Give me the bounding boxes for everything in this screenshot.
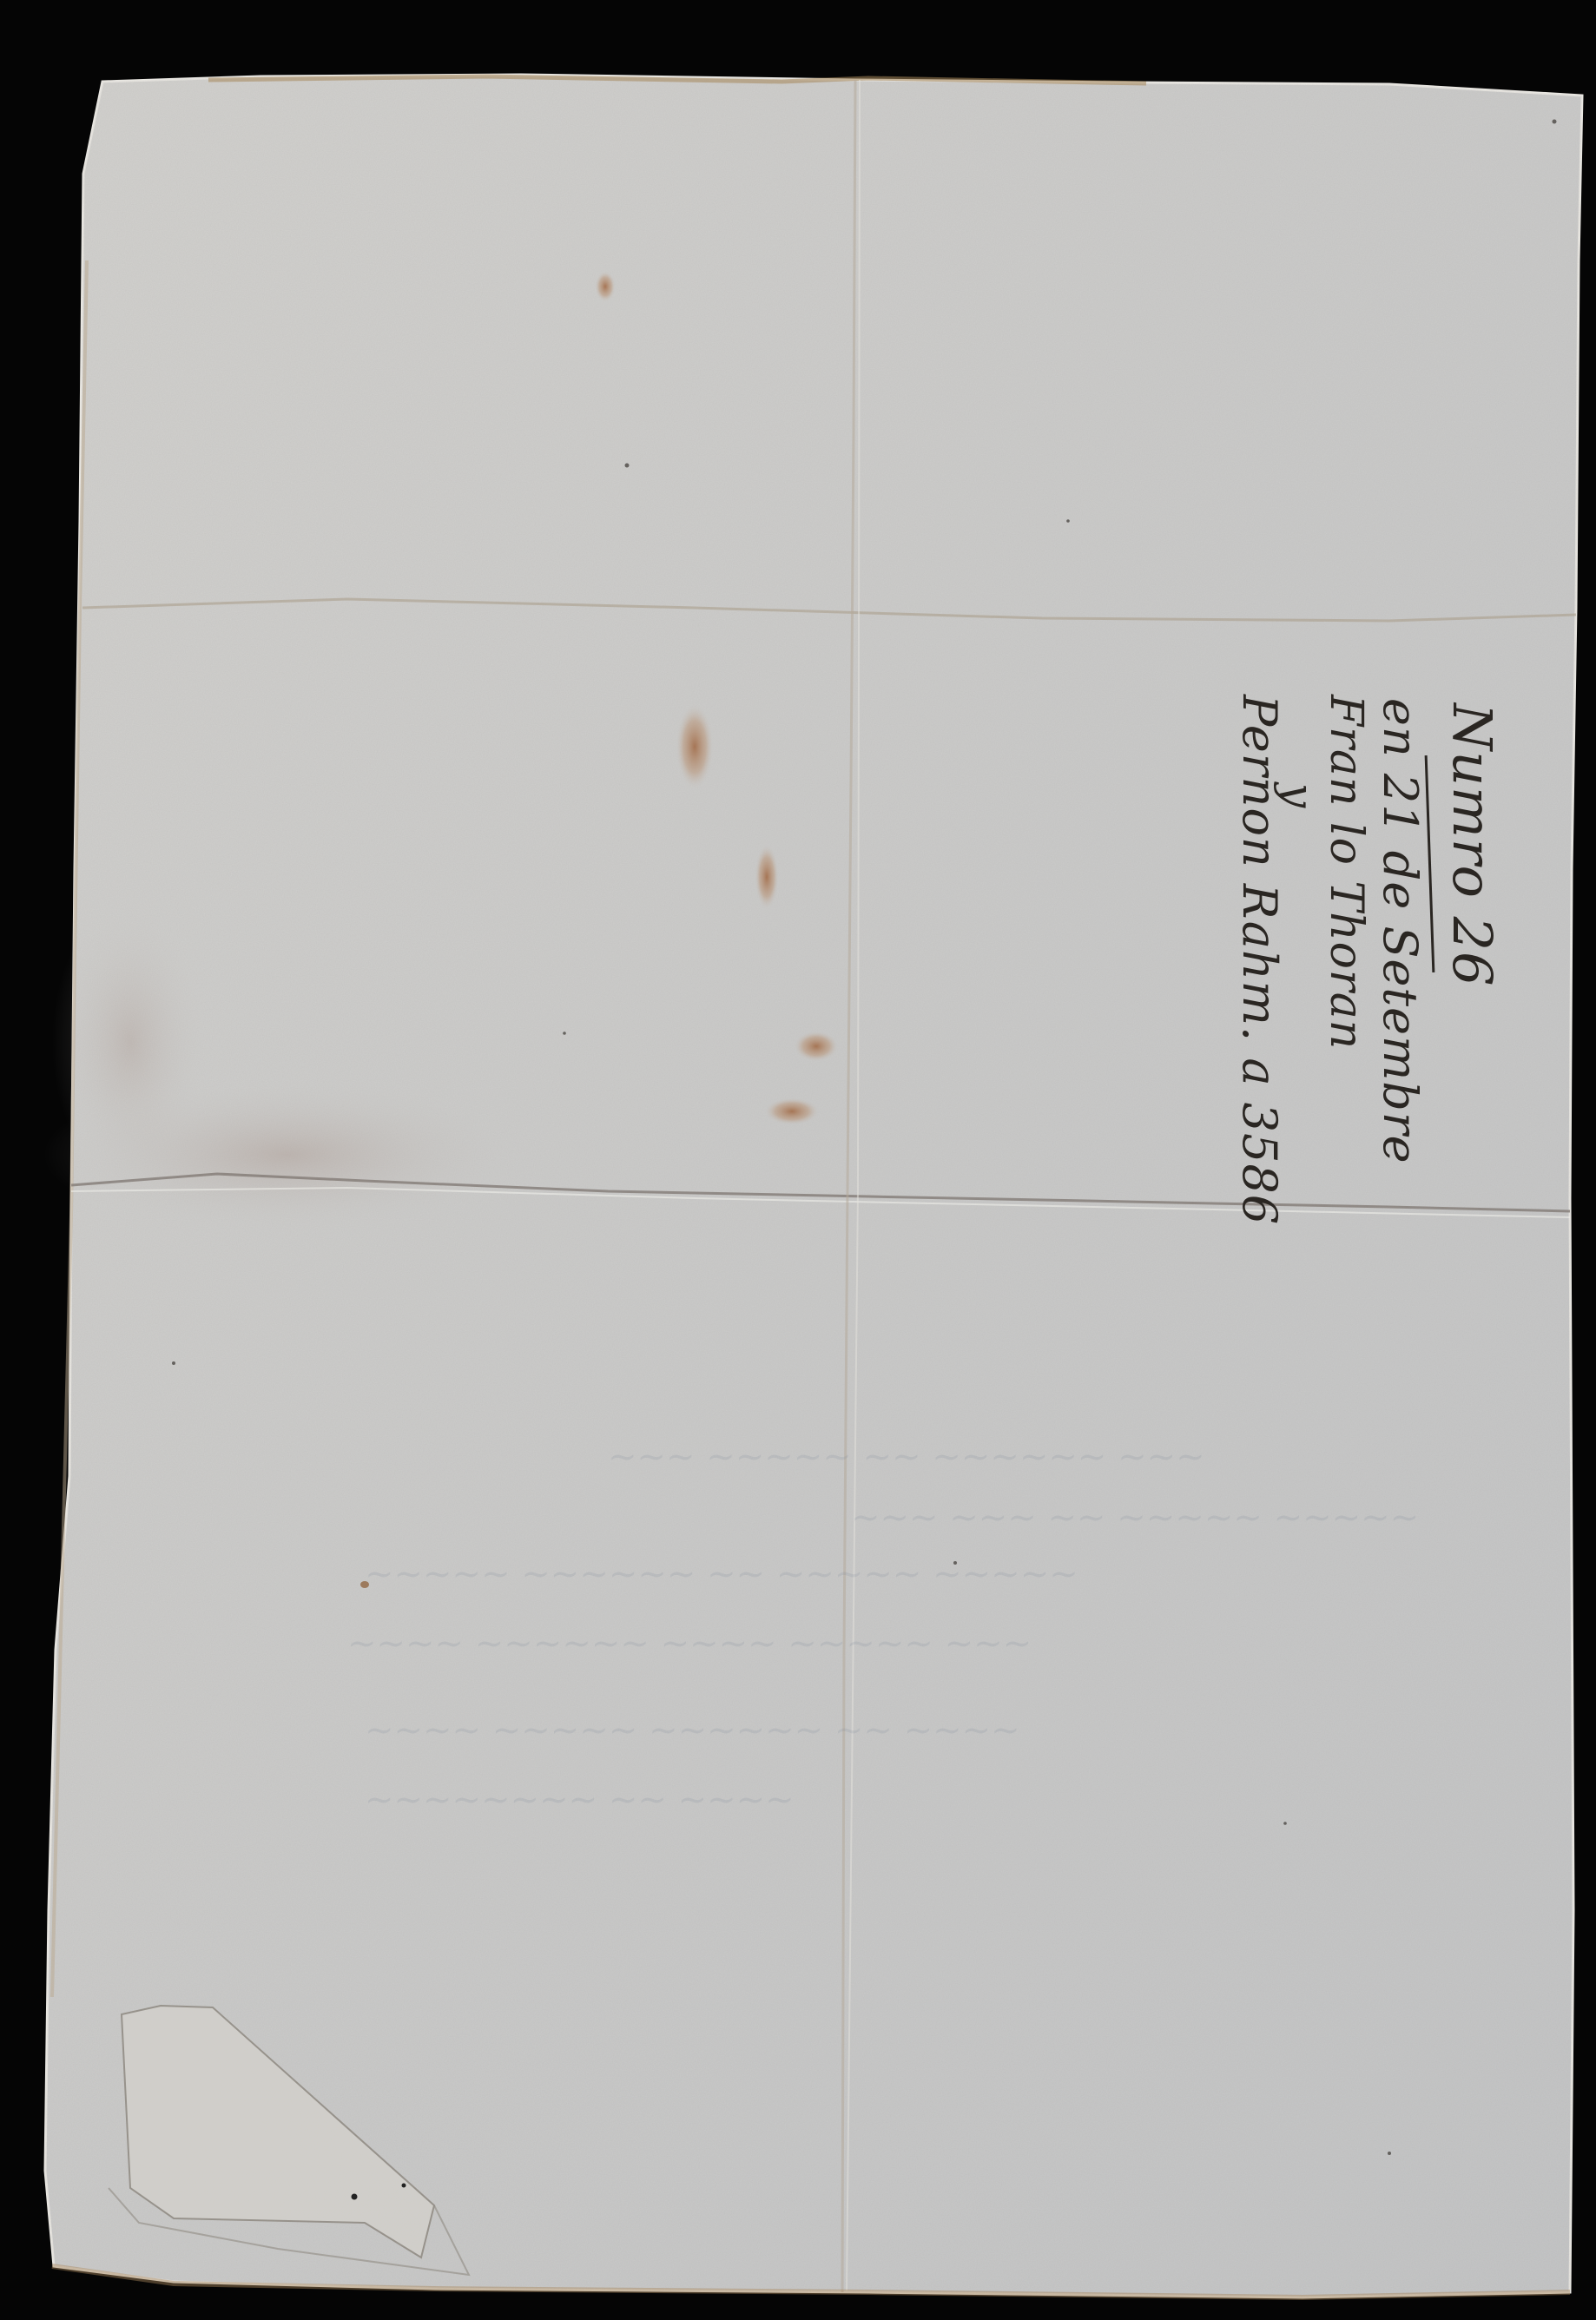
bleed-through-line: ~~~ ~~~ ~~ ~~~~~ ~~~~~ <box>851 1498 1419 1538</box>
rust-stain <box>676 703 714 790</box>
rust-stain <box>595 271 616 302</box>
rust-stain <box>755 844 779 910</box>
rust-stain <box>764 1097 820 1125</box>
manuscript-page: ~~~ ~~~~~ ~~ ~~~~~~ ~~~ ~~~ ~~~ ~~ ~~~~~… <box>0 0 1596 2320</box>
bleed-through-line: ~~~~~ ~~~~~~ ~~ ~~~~~ ~~~~~ <box>365 1554 1078 1594</box>
handwritten-docket: Numro 26 en 21 de Setembre Fran lo Thora… <box>1209 688 1573 1174</box>
rust-stain <box>794 1031 839 1062</box>
bleed-through-line: ~~~ ~~~~~ ~~ ~~~~~~ ~~~ <box>608 1437 1205 1477</box>
docket-name: Fran lo Thoran <box>1320 695 1372 1050</box>
docket-number: Numro 26 <box>1441 703 1504 987</box>
bleed-through-line: ~~~~ ~~~~~ ~~~~~~ ~~ ~~~~ <box>365 1710 1020 1750</box>
bleed-through-line: ~~~~ ~~~~~~ ~~~~ ~~~~~ ~~~ <box>347 1624 1032 1664</box>
docket-date: en 21 de Setembre <box>1373 698 1428 1164</box>
bleed-through-line: ~~~~~~~~ ~~ ~~~~ <box>365 1780 795 1820</box>
docket-reference: Pernon Rahm. a 3586 <box>1232 695 1287 1225</box>
